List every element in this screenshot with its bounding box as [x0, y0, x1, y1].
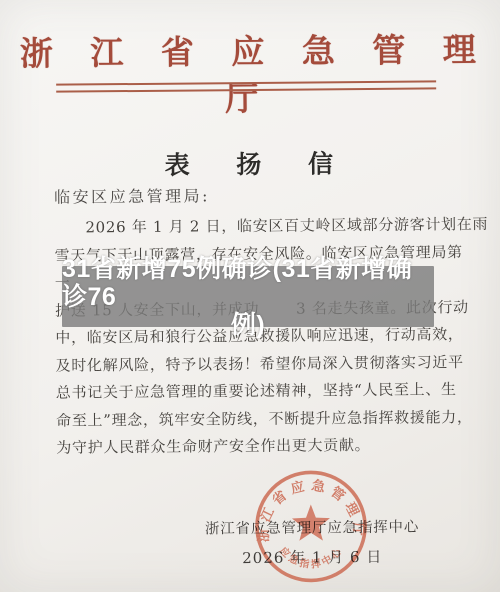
scanned-letter-page: 浙 江 省 应 急 管 理 厅 表 扬 信 临安区应急管理局: 2026 年 1… [0, 0, 500, 592]
news-caption-line2: 例) [231, 311, 265, 339]
seal-star-icon [292, 504, 330, 541]
seal-bottom-text: 应急指挥中心 [277, 544, 346, 572]
document-title: 表 扬 信 [0, 143, 499, 183]
body-line: 总书记关于应急管理的重要论述精神，坚持“人民至上、生 [56, 376, 450, 407]
letterhead-title: 浙 江 省 应 急 管 理 厅 [0, 24, 498, 122]
salutation-line: 临安区应急管理局: [54, 183, 210, 207]
body-line: 2026 年 1 月 2 日，临安区百丈岭区域部分游客计划在雨 [54, 211, 448, 242]
svg-text:应急指挥中心: 应急指挥中心 [277, 544, 346, 572]
body-line: 及时化解风险，特予以表扬！希望你局深入贯彻落实习近平 [55, 349, 449, 380]
body-line: 命至上”理念，筑牢安全防线，不断提升应急指挥救援能力， [56, 404, 450, 435]
official-seal: 浙江省应急管理厅 应急指挥中心 [252, 469, 371, 588]
body-line: 为守护人民群众生命财产安全作出更大贡献。 [56, 431, 450, 462]
news-caption-overlay: 31省新增75例确诊(31省新增确诊76 例) [62, 266, 434, 327]
news-caption-line1: 31省新增75例确诊(31省新增确诊76 [62, 255, 434, 311]
